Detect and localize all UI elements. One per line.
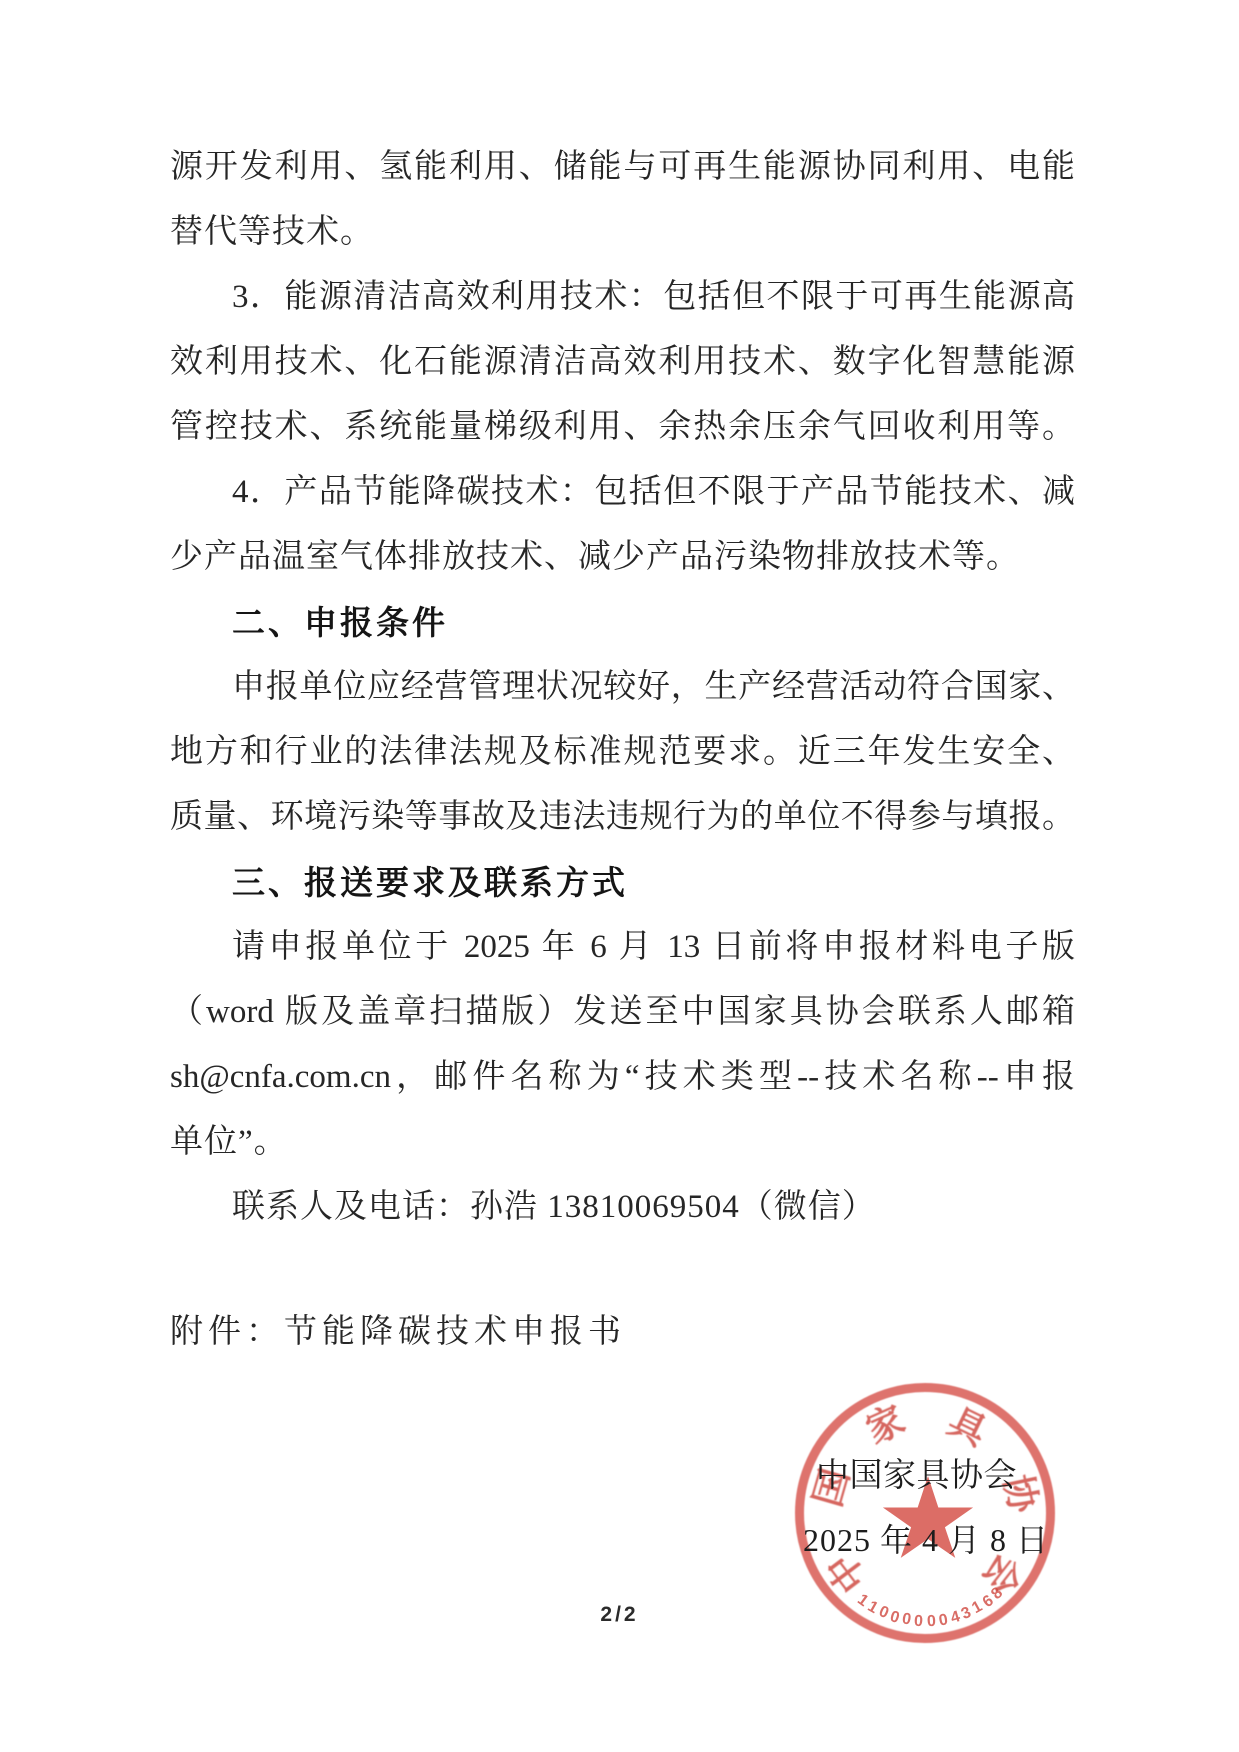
doc-line: sh@cnfa.com.cn，邮件名称为“技术类型--技术名称--申报 xyxy=(170,1045,1075,1110)
scanned-document-page: 源开发利用、氢能利用、储能与可再生能源协同利用、电能替代等技术。3．能源清洁高效… xyxy=(0,0,1239,1752)
doc-line: 质量、环境污染等事故及违法违规行为的单位不得参与填报。 xyxy=(170,785,1075,850)
doc-line: 地方和行业的法律法规及标准规范要求。近三年发生安全、 xyxy=(170,720,1075,785)
document-body: 源开发利用、氢能利用、储能与可再生能源协同利用、电能替代等技术。3．能源清洁高效… xyxy=(170,135,1075,1240)
attachment-line: 附件：节能降碳技术申报书 xyxy=(170,1300,626,1365)
doc-line: 单位”。 xyxy=(170,1110,1075,1175)
page-number: 2/2 xyxy=(600,1603,638,1627)
doc-line: 申报单位应经营管理状况较好，生产经营活动符合国家、 xyxy=(170,655,1075,720)
doc-line: 4．产品节能降碳技术：包括但不限于产品节能技术、减 xyxy=(170,460,1075,525)
doc-line: 少产品温室气体排放技术、减少产品污染物排放技术等。 xyxy=(170,525,1075,590)
doc-line: 源开发利用、氢能利用、储能与可再生能源协同利用、电能 xyxy=(170,135,1075,200)
official-seal: 中国家具协会1100000043168 xyxy=(795,1383,1055,1643)
doc-line: （word 版及盖章扫描版）发送至中国家具协会联系人邮箱 xyxy=(170,980,1075,1045)
seal-organization-name: 中国家具协会 xyxy=(816,1449,1017,1496)
section-heading: 三、报送要求及联系方式 xyxy=(170,850,1075,915)
seal-date: 2025 年 4 月 8 日 xyxy=(803,1515,1049,1561)
doc-line: 替代等技术。 xyxy=(170,200,1075,265)
section-heading: 二、申报条件 xyxy=(170,590,1075,655)
doc-line: 联系人及电话：孙浩 13810069504（微信） xyxy=(170,1175,1075,1240)
doc-line: 管控技术、系统能量梯级利用、余热余压余气回收利用等。 xyxy=(170,395,1075,460)
doc-line: 请申报单位于 2025 年 6 月 13 日前将申报材料电子版 xyxy=(170,915,1075,980)
doc-line: 3．能源清洁高效利用技术：包括但不限于可再生能源高 xyxy=(170,265,1075,330)
doc-line: 效利用技术、化石能源清洁高效利用技术、数字化智慧能源 xyxy=(170,330,1075,395)
